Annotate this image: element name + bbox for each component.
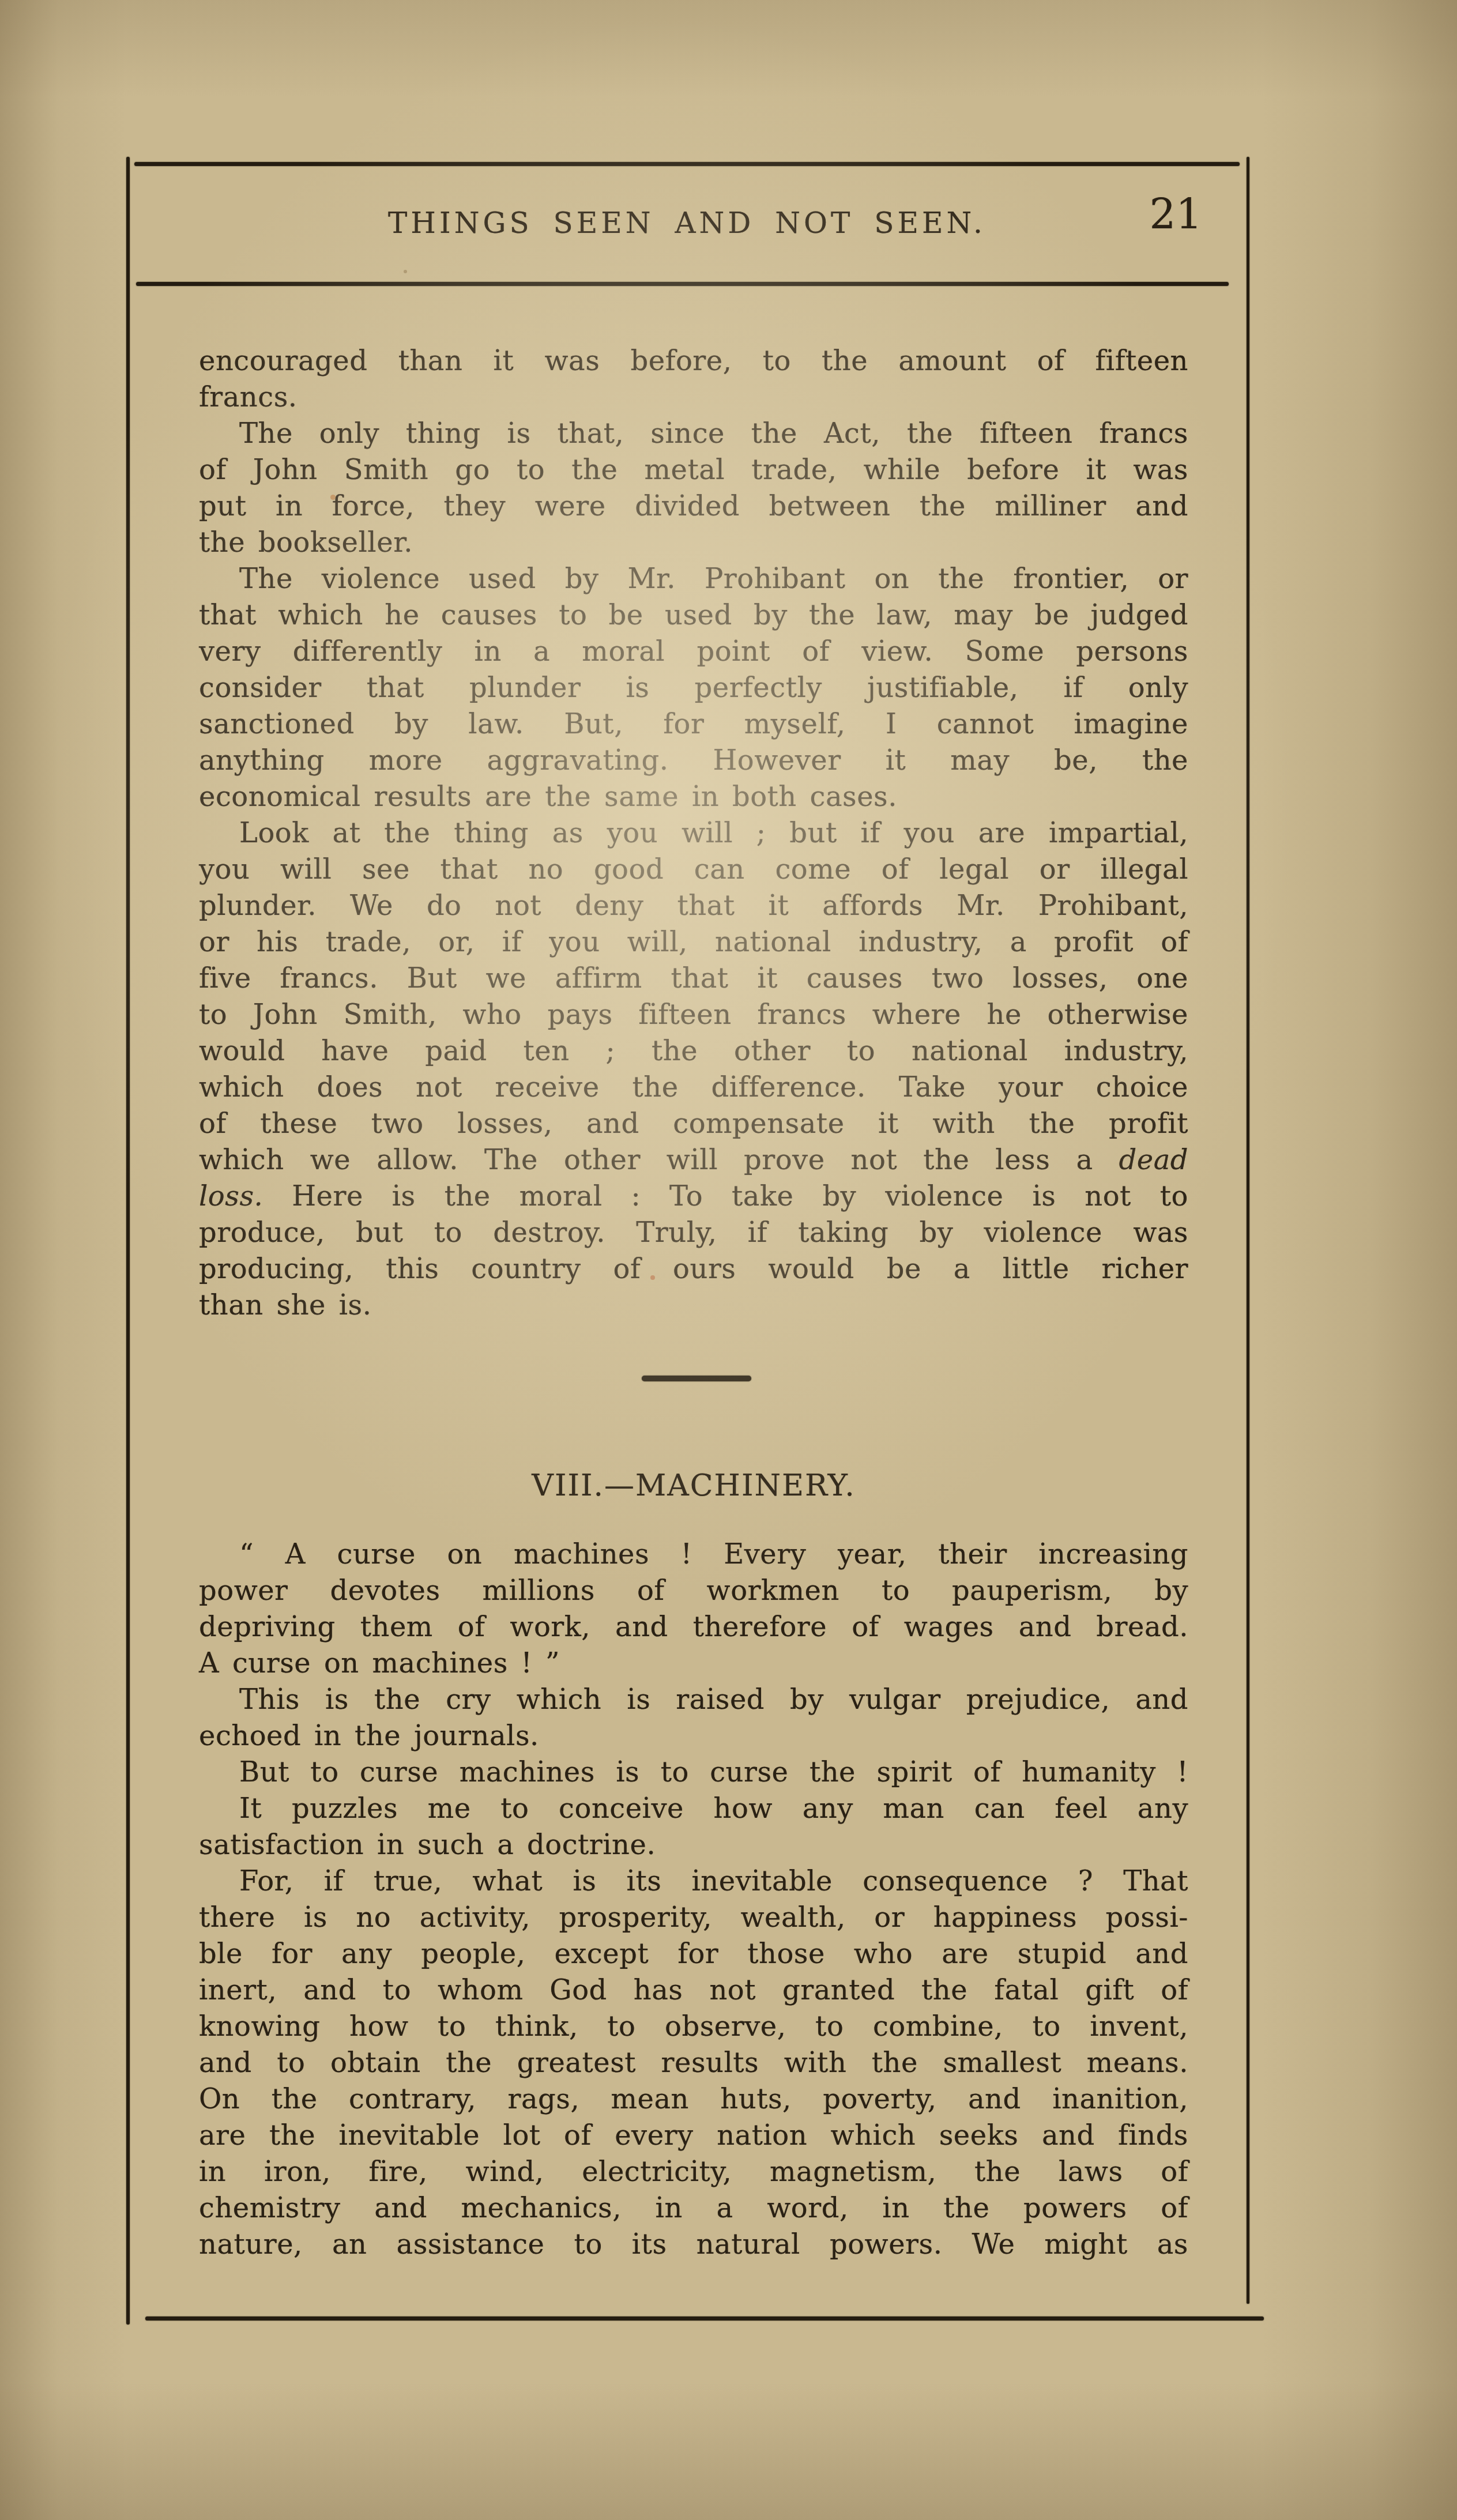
text-line: and to obtain the greatest results with … [199,2045,1188,2081]
paragraph: The only thing is that, since the Act, t… [199,416,1188,561]
paragraph: encouraged than it was before, to the am… [199,343,1188,416]
text-line: The violence used by Mr. Prohibant on th… [199,561,1188,597]
text-line: five francs. But we affirm that it cause… [199,960,1188,997]
text-segment: The only thing is that, since the Act, t… [239,417,1188,450]
paragraph: But to curse machines is to curse the sp… [199,1754,1188,1791]
text-line: nature, an assistance to its natural pow… [199,2227,1188,2263]
paragraph: Look at the thing as you will ; but if y… [199,815,1188,1324]
text-line: It puzzles me to conceive how any man ca… [199,1791,1188,1827]
text-segment: are the inevitable lot of every nation w… [199,2119,1188,2152]
text-segment: would have paid ten ; the other to natio… [199,1035,1188,1067]
text-line: chemistry and mechanics, in a word, in t… [199,2190,1188,2227]
text-line: anything more aggravating. However it ma… [199,743,1188,779]
text-segment: nature, an assistance to its natural pow… [199,2228,1188,2261]
text-segment: depriving them of work, and therefore of… [199,1611,1188,1643]
text-line: to John Smith, who pays fifteen francs w… [199,997,1188,1033]
text-segment: plunder. We do not deny that it affords … [199,890,1188,922]
paragraph: “ A curse on machines ! Every year, thei… [199,1536,1188,1682]
text-line: you will see that no good can come of le… [199,852,1188,888]
text-line: economical results are the same in both … [199,779,1188,815]
text-segment: producing, this country of ours would be… [199,1253,1188,1285]
text-segment: ble for any people, except for those who… [199,1938,1188,1970]
text-segment: anything more aggravating. However it ma… [199,744,1188,777]
text-segment: Here is the moral : To take by violence … [263,1180,1188,1212]
text-segment: For, if true, what is its inevitable con… [239,1865,1188,1897]
text-segment: francs. [199,381,298,413]
text-line: very differently in a moral point of vie… [199,634,1188,670]
text-line: satisfaction in such a doctrine. [199,1827,1188,1863]
body-text-bottom: “ A curse on machines ! Every year, thei… [199,1536,1188,2263]
text-line: produce, but to destroy. Truly, if takin… [199,1215,1188,1251]
text-segment: echoed in the journals. [199,1720,539,1752]
text-line: are the inevitable lot of every nation w… [199,2118,1188,2154]
text-segment: It puzzles me to conceive how any man ca… [239,1792,1188,1825]
text-segment: there is no activity, prosperity, wealth… [199,1901,1188,1934]
text-line: plunder. We do not deny that it affords … [199,888,1188,924]
text-line: echoed in the journals. [199,1718,1188,1754]
header-top-rule [134,162,1240,166]
text-segment: chemistry and mechanics, in a word, in t… [199,2192,1188,2224]
text-line: would have paid ten ; the other to natio… [199,1033,1188,1069]
text-line: loss. Here is the moral : To take by vio… [199,1178,1188,1215]
header-bottom-rule [136,282,1229,286]
text-segment: knowing how to think, to observe, to com… [199,2010,1188,2043]
text-segment: in iron, fire, wind, electricity, magnet… [199,2156,1188,2188]
text-line: put in force, they were divided between … [199,488,1188,525]
text-segment: satisfaction in such a doctrine. [199,1829,656,1861]
text-segment: power devotes millions of workmen to pau… [199,1574,1188,1607]
text-line: This is the cry which is raised by vulga… [199,1682,1188,1718]
text-segment: encouraged than it was before, to the am… [199,345,1188,377]
body-text-top: encouraged than it was before, to the am… [199,343,1188,1324]
text-segment: economical results are the same in both … [199,781,897,813]
text-segment: This is the cry which is raised by vulga… [239,1683,1188,1716]
text-segment: put in force, they were divided between … [199,490,1188,522]
text-line: depriving them of work, and therefore of… [199,1609,1188,1645]
text-line: power devotes millions of workmen to pau… [199,1573,1188,1609]
text-line: of these two losses, and compensate it w… [199,1106,1188,1142]
paragraph: It puzzles me to conceive how any man ca… [199,1791,1188,1863]
text-segment: you will see that no good can come of le… [199,853,1188,886]
text-segment: of John Smith go to the metal trade, whi… [199,454,1188,486]
text-line: On the contrary, rags, mean huts, povert… [199,2081,1188,2118]
text-segment: “ A curse on machines ! Every year, thei… [239,1538,1188,1570]
text-line: or his trade, or, if you will, national … [199,924,1188,960]
text-line: “ A curse on machines ! Every year, thei… [199,1536,1188,1573]
text-segment: A curse on machines ! ” [199,1647,560,1679]
text-line: producing, this country of ours would be… [199,1251,1188,1287]
section-separator-rule [642,1376,751,1381]
paper-speck [404,270,407,273]
paragraph: The violence used by Mr. Prohibant on th… [199,561,1188,815]
text-line: A curse on machines ! ” [199,1645,1188,1682]
paper-speck [330,495,336,500]
text-line: knowing how to think, to observe, to com… [199,2009,1188,2045]
text-segment: produce, but to destroy. Truly, if takin… [199,1216,1188,1249]
text-segment: and to obtain the greatest results with … [199,2047,1188,2079]
text-line: Look at the thing as you will ; but if y… [199,815,1188,852]
page-number: 21 [1149,194,1202,235]
text-line: francs. [199,379,1188,416]
page-title: THINGS SEEN AND NOT SEEN. [134,205,1240,242]
section-heading: VIII.—MACHINERY. [199,1468,1188,1504]
text-line: sanctioned by law. But, for myself, I ca… [199,706,1188,743]
text-line: there is no activity, prosperity, wealth… [199,1900,1188,1936]
text-line: inert, and to whom God has not granted t… [199,1972,1188,2009]
text-line: For, if true, what is its inevitable con… [199,1863,1188,1900]
text-segment: the bookseller. [199,526,413,559]
text-line: than she is. [199,1287,1188,1324]
text-line: of John Smith go to the metal trade, whi… [199,452,1188,488]
right-border-rule [1247,157,1249,2304]
text-segment: that which he causes to be used by the l… [199,599,1188,631]
text-segment: to John Smith, who pays fifteen francs w… [199,999,1188,1031]
text-segment: which does not receive the difference. T… [199,1071,1188,1103]
paper-speck [650,1275,655,1280]
text-line: which we allow. The other will prove not… [199,1142,1188,1178]
text-line: that which he causes to be used by the l… [199,597,1188,634]
text-line: The only thing is that, since the Act, t… [199,416,1188,452]
text-segment: But to curse machines is to curse the sp… [239,1756,1188,1788]
text-line: which does not receive the difference. T… [199,1069,1188,1106]
text-line: consider that plunder is perfectly justi… [199,670,1188,706]
paragraph: For, if true, what is its inevitable con… [199,1863,1188,2263]
text-line: in iron, fire, wind, electricity, magnet… [199,2154,1188,2190]
text-segment: of these two losses, and compensate it w… [199,1108,1188,1140]
text-segment: sanctioned by law. But, for myself, I ca… [199,708,1188,740]
text-segment: very differently in a moral point of vie… [199,635,1188,668]
text-line: the bookseller. [199,525,1188,561]
text-segment: which we allow. The other will prove not… [199,1144,1119,1176]
italic-text: dead [1119,1144,1188,1176]
left-border-rule [126,157,130,2325]
text-segment: than she is. [199,1289,371,1321]
text-line: But to curse machines is to curse the sp… [199,1754,1188,1791]
text-segment: On the contrary, rags, mean huts, povert… [199,2083,1188,2115]
text-segment: or his trade, or, if you will, national … [199,926,1188,958]
text-segment: Look at the thing as you will ; but if y… [239,817,1188,849]
text-segment: inert, and to whom God has not granted t… [199,1974,1188,2006]
text-segment: The violence used by Mr. Prohibant on th… [239,563,1188,595]
text-segment: consider that plunder is perfectly justi… [199,672,1188,704]
book-page: THINGS SEEN AND NOT SEEN. 21 encouraged … [0,0,1457,2520]
paragraph: This is the cry which is raised by vulga… [199,1682,1188,1754]
footer-rule [145,2316,1264,2321]
italic-text: loss. [199,1180,263,1212]
text-segment: five francs. But we affirm that it cause… [199,962,1188,995]
text-line: encouraged than it was before, to the am… [199,343,1188,379]
text-line: ble for any people, except for those who… [199,1936,1188,1972]
